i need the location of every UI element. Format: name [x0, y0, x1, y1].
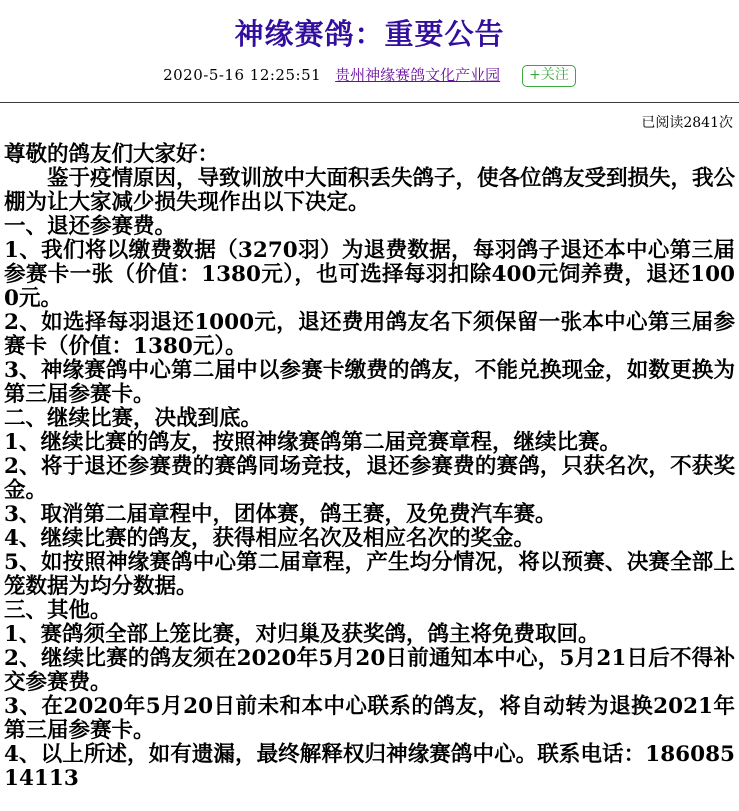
announcement-paragraph: 3、在2020年5月20日前未和本中心联系的鸽友，将自动转为退换2021年第三届… [4, 695, 735, 743]
announcement-paragraph: 1、我们将以缴费数据（3270羽）为退费数据，每羽鸽子退还本中心第三届参赛卡一张… [4, 239, 735, 311]
announcement-paragraph: 1、赛鸽须全部上笼比赛，对归巢及获奖鸽，鸽主将免费取回。 [4, 623, 735, 647]
announcement-paragraph: 3、神缘赛鸽中心第二届中以参赛卡缴费的鸽友，不能兑换现金，如数更换为第三届参赛卡… [4, 359, 735, 407]
follow-button[interactable]: +关注 [522, 65, 576, 87]
announcement-paragraph: 2、继续比赛的鸽友须在2020年5月20日前通知本中心，5月21日后不得补交参赛… [4, 647, 735, 695]
announcement-paragraph: 三、其他。 [4, 599, 735, 623]
announcement-paragraph: 5、如按照神缘赛鸽中心第二届章程，产生均分情况，将以预赛、决赛全部上笼数据为均分… [4, 551, 735, 599]
announcement-paragraph: 鉴于疫情原因，导致训放中大面积丢失鸽子，使各位鸽友受到损失，我公棚为让大家减少损… [4, 167, 735, 215]
announcement-paragraph: 3、取消第二届章程中，团体赛，鸽王赛，及免费汽车赛。 [4, 503, 735, 527]
announcement-page: 神缘赛鸽：重要公告 2020-5-16 12:25:51贵州神缘赛鸽文化产业园+… [0, 0, 739, 811]
announcement-paragraph: 1、继续比赛的鸽友，按照神缘赛鸽第二届竞赛章程，继续比赛。 [4, 431, 735, 455]
announcement-paragraph: 二、继续比赛，决战到底。 [4, 407, 735, 431]
source-link[interactable]: 贵州神缘赛鸽文化产业园 [335, 66, 500, 84]
announcement-paragraph: 尊敬的鸽友们大家好： [4, 143, 735, 167]
announcement-paragraph: 一、退还参赛费。 [4, 215, 735, 239]
meta-row: 2020-5-16 12:25:51贵州神缘赛鸽文化产业园+关注 [0, 64, 739, 87]
announcement-paragraph: 4、以上所述，如有遗漏，最终解释权归神缘赛鸽中心。联系电话：1860851411… [4, 743, 735, 791]
header-divider [0, 102, 739, 103]
publish-datetime: 2020-5-16 12:25:51 [163, 66, 321, 84]
announcement-body: 尊敬的鸽友们大家好： 鉴于疫情原因，导致训放中大面积丢失鸽子，使各位鸽友受到损失… [0, 132, 739, 811]
announcement-paragraph: 4、继续比赛的鸽友，获得相应名次及相应名次的奖金。 [4, 527, 735, 551]
page-title: 神缘赛鸽：重要公告 [0, 0, 739, 52]
announcement-paragraph: 2、将于退还参赛费的赛鸽同场竞技，退还参赛费的赛鸽，只获名次，不获奖金。 [4, 455, 735, 503]
announcement-paragraph: 2、如选择每羽退还1000元，退还费用鸽友名下须保留一张本中心第三届参赛卡（价值… [4, 311, 735, 359]
read-count: 已阅读2841次 [0, 111, 739, 132]
